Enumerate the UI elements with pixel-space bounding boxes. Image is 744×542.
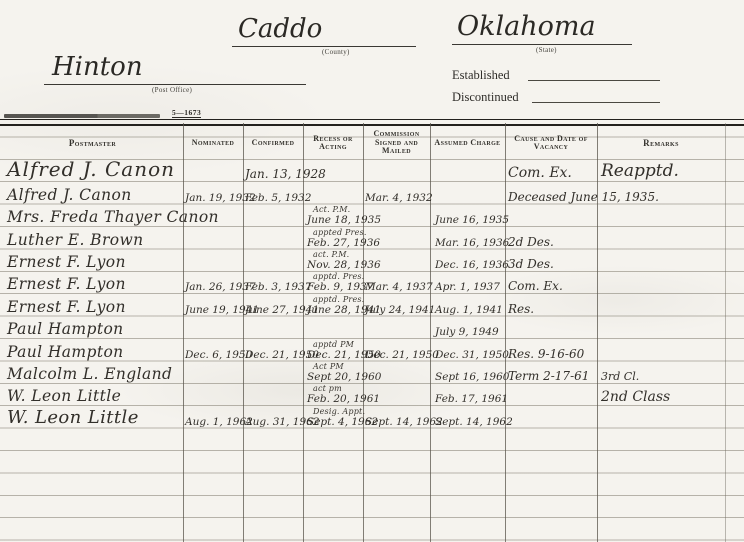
remarks-text: 3rd Cl.: [601, 370, 639, 383]
assumed-charge-date: Aug. 1, 1941: [435, 304, 503, 316]
recess-date-text: Feb. 20, 1961: [307, 393, 380, 405]
vacancy-cause: 2d Des.: [508, 235, 554, 249]
postmaster-name: W. Leon Little: [7, 387, 121, 405]
recess-annotation: Act. P.M.: [313, 205, 350, 214]
assumed-charge-date: June 16, 1935: [435, 214, 509, 226]
commission-date: Sept. 14, 1962: [365, 416, 443, 428]
commission-date: July 24, 1941: [365, 304, 435, 316]
recess-or-acting-date: appted Pres.Feb. 27, 1936: [307, 237, 380, 249]
recess-annotation: Desig. Appt.: [313, 407, 365, 416]
scanned-postmaster-record: { "form": { "number": "5—1673", "county_…: [0, 0, 744, 542]
table-row: Ernest F. Lyonact. P.M.Nov. 28, 1936Dec.…: [0, 250, 744, 272]
postmaster-entries: Alfred J. CanonJan. 13, 1928Com. Ex.Reap…: [0, 0, 744, 542]
postmaster-name: Luther E. Brown: [7, 231, 144, 249]
confirmed-date: Jan. 13, 1928: [245, 167, 326, 181]
recess-annotation: act. P.M.: [313, 250, 349, 259]
assumed-charge-date: Dec. 31, 1950: [435, 349, 509, 361]
assumed-charge-date: Apr. 1, 1937: [435, 281, 500, 293]
table-row: Ernest F. LyonJan. 26, 1937Feb. 3, 1937a…: [0, 272, 744, 294]
recess-annotation: appted Pres.: [313, 228, 367, 237]
table-row: Paul HamptonDec. 6, 1950Dec. 21, 1950app…: [0, 339, 744, 361]
postmaster-name: Ernest F. Lyon: [7, 275, 126, 293]
recess-date-text: Nov. 28, 1936: [307, 259, 381, 271]
table-row: W. Leon LittleAug. 1, 1962Aug. 31, 1962D…: [0, 406, 744, 428]
table-row: W. Leon Littleact pmFeb. 20, 1961Feb. 17…: [0, 384, 744, 406]
vacancy-cause: Term 2-17-61: [508, 369, 589, 383]
vacancy-cause: Res. 9-16-60: [508, 347, 584, 361]
vacancy-cause: Res.: [508, 302, 534, 316]
nominated-date: Aug. 1, 1962: [185, 416, 253, 428]
assumed-charge-date: Mar. 16, 1936: [435, 237, 509, 249]
recess-annotation: apptd. Pres.: [313, 295, 364, 304]
vacancy-cause: 3d Des.: [508, 257, 554, 271]
recess-or-acting-date: act. P.M.Nov. 28, 1936: [307, 259, 381, 271]
postmaster-name: Paul Hampton: [7, 343, 124, 361]
recess-or-acting-date: Act. P.M.June 18, 1935: [307, 214, 381, 226]
recess-date-text: Feb. 27, 1936: [307, 237, 380, 249]
commission-date: Mar. 4, 1932: [365, 192, 433, 204]
recess-date-text: Sept 20, 1960: [307, 371, 381, 383]
postmaster-name: Ernest F. Lyon: [7, 298, 126, 316]
assumed-charge-date: Sept 16, 1960: [435, 371, 509, 383]
remarks-text: 2nd Class: [601, 389, 670, 405]
vacancy-cause: Deceased June 15, 1935.: [508, 190, 659, 204]
postmaster-name: Alfred J. Canon: [7, 157, 175, 181]
recess-annotation: apptd PM: [313, 340, 354, 349]
assumed-charge-date: Feb. 17, 1961: [435, 393, 508, 405]
recess-annotation: act pm: [313, 384, 342, 393]
recess-or-acting-date: apptd. Pres.Feb. 9, 1937: [307, 281, 373, 293]
postmaster-name: Alfred J. Canon: [7, 186, 132, 204]
commission-date: Mar. 4, 1937: [365, 281, 433, 293]
recess-or-acting-date: act pmFeb. 20, 1961: [307, 393, 380, 405]
recess-annotation: Act PM: [313, 362, 344, 371]
vacancy-cause: Com. Ex.: [508, 165, 572, 181]
confirmed-date: Feb. 5, 1932: [245, 192, 311, 204]
postmaster-name: Ernest F. Lyon: [7, 253, 126, 271]
table-row: Paul HamptonJuly 9, 1949: [0, 317, 744, 339]
assumed-charge-date: July 9, 1949: [435, 326, 499, 338]
postmaster-name: Paul Hampton: [7, 320, 124, 338]
table-row: Mrs. Freda Thayer CanonAct. P.M.June 18,…: [0, 205, 744, 227]
postmaster-name: Mrs. Freda Thayer Canon: [7, 208, 219, 226]
vacancy-cause: Com. Ex.: [508, 279, 563, 293]
table-row: Luther E. Brownappted Pres.Feb. 27, 1936…: [0, 227, 744, 249]
recess-date-text: June 18, 1935: [307, 214, 381, 226]
commission-date: Dec. 21, 1950: [365, 349, 439, 361]
recess-or-acting-date: Act PMSept 20, 1960: [307, 371, 381, 383]
assumed-charge-date: Dec. 16, 1936: [435, 259, 509, 271]
recess-annotation: apptd. Pres.: [313, 272, 364, 281]
table-row: Alfred J. CanonJan. 19, 1932Feb. 5, 1932…: [0, 182, 744, 204]
nominated-date: Dec. 6, 1950: [185, 349, 252, 361]
postmaster-name: Malcolm L. England: [7, 365, 172, 383]
recess-date-text: Feb. 9, 1937: [307, 281, 373, 293]
remarks-text: Reapptd.: [601, 161, 679, 181]
confirmed-date: Feb. 3, 1937: [245, 281, 311, 293]
table-row: Ernest F. LyonJune 19, 1941June 27, 1941…: [0, 294, 744, 316]
postmaster-name: W. Leon Little: [7, 407, 139, 428]
assumed-charge-date: Sept. 14, 1962: [435, 416, 513, 428]
table-row: Malcolm L. EnglandAct PMSept 20, 1960Sep…: [0, 362, 744, 384]
table-row: Alfred J. CanonJan. 13, 1928Com. Ex.Reap…: [0, 160, 744, 182]
